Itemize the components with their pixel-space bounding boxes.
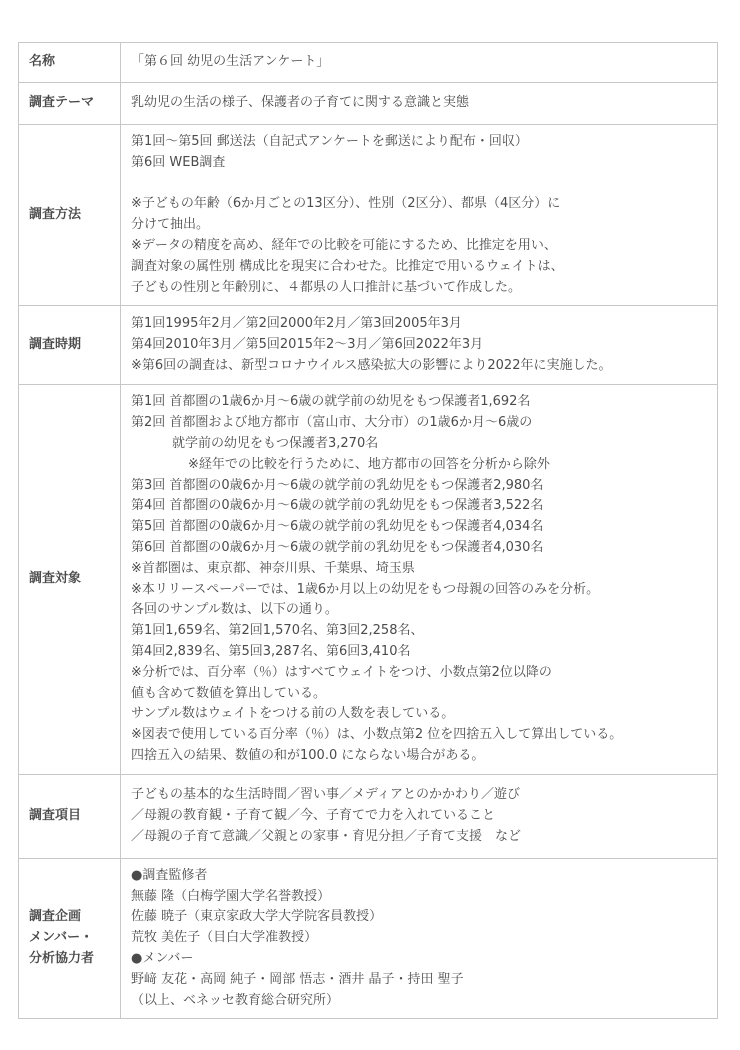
content-line: 第1回 首都圏の1歳6か月～6歳の就学前の幼児をもつ保護者1,692名 [131,392,707,413]
row-label: 調査方法 [19,125,121,306]
row-label-line: 調査企画 [29,907,110,928]
page: 名称「第６回 幼児の生活アンケート」調査テーマ乳幼児の生活の様子、保護者の子育て… [0,0,740,1050]
row-label: 調査テーマ [19,83,121,125]
content-line: ※子どもの年齢（6か月ごとの13区分）、性別（2区分）、都県（4区分）に [131,194,707,215]
row-label-line: 調査方法 [29,205,110,226]
content-line: 第6回 首都圏の0歳6か月～6歳の就学前の乳幼児をもつ保護者4,030名 [131,538,707,559]
content-line: 第1回1995年2月／第2回2000年2月／第3回2005年3月 [131,314,707,335]
table-row: 調査対象第1回 首都圏の1歳6か月～6歳の就学前の幼児をもつ保護者1,692名第… [19,385,718,774]
content-line: 佐藤 暁子（東京家政大学大学院客員教授） [131,907,707,928]
content-line: 乳幼児の生活の様子、保護者の子育てに関する意識と実態 [131,93,707,114]
content-line: 無藤 隆（白梅学園大学名誉教授） [131,887,707,908]
content-line: 第3回 首都圏の0歳6か月～6歳の就学前の乳幼児をもつ保護者2,980名 [131,476,707,497]
table-row: 調査企画メンバー・分析協力者●調査監修者無藤 隆（白梅学園大学名誉教授）佐藤 暁… [19,858,718,1019]
table-row: 調査時期第1回1995年2月／第2回2000年2月／第3回2005年3月第4回2… [19,306,718,385]
row-label-line: 名称 [29,52,110,73]
content-line: 第4回2,839名、第5回3,287名、第6回3,410名 [131,642,707,663]
content-line: ●調査監修者 [131,866,707,887]
content-line: サンプル数はウェイトをつける前の人数を表している。 [131,704,707,725]
content-line: ※分析では、百分率（％）はすべてウェイトをつけ、小数点第2位以降の [131,663,707,684]
row-label-line: 分析協力者 [29,949,110,970]
content-line: 荒牧 美佐子（目白大学准教授） [131,928,707,949]
survey-overview-table: 名称「第６回 幼児の生活アンケート」調査テーマ乳幼児の生活の様子、保護者の子育て… [18,42,718,1019]
row-content: 第1回～第5回 郵送法（自記式アンケートを郵送により配布・回収）第6回 WEB調… [121,125,718,306]
row-label-line: メンバー・ [29,928,110,949]
row-label: 調査時期 [19,306,121,385]
table-row: 調査項目子どもの基本的な生活時間／習い事／メディアとのかかわり／遊び／母親の教育… [19,774,718,858]
content-line: 第4回2010年3月／第5回2015年2～3月／第6回2022年3月 [131,335,707,356]
content-line: 分けて抽出。 [131,215,707,236]
table-row: 調査テーマ乳幼児の生活の様子、保護者の子育てに関する意識と実態 [19,83,718,125]
content-line: 第1回～第5回 郵送法（自記式アンケートを郵送により配布・回収） [131,132,707,153]
content-line: ※経年での比較を行うために、地方都市の回答を分析から除外 [131,455,707,476]
content-line: 就学前の幼児をもつ保護者3,270名 [131,434,707,455]
content-line: ※首都圏は、東京都、神奈川県、千葉県、埼玉県 [131,559,707,580]
content-line: ※第6回の調査は、新型コロナウイルス感染拡大の影響により2022年に実施した。 [131,356,707,377]
row-content: 「第６回 幼児の生活アンケート」 [121,43,718,83]
blank-line [131,174,707,195]
content-line: 「第６回 幼児の生活アンケート」 [131,52,707,73]
row-label-line: 調査時期 [29,335,110,356]
row-label: 名称 [19,43,121,83]
row-label-line: 調査対象 [29,569,110,590]
content-line: 第2回 首都圏および地方都市（富山市、大分市）の1歳6か月～6歳の [131,413,707,434]
table-row: 名称「第６回 幼児の生活アンケート」 [19,43,718,83]
content-line: 第4回 首都圏の0歳6か月～6歳の就学前の乳幼児をもつ保護者3,522名 [131,496,707,517]
content-line: ※図表で使用している百分率（％）は、小数点第2 位を四捨五入して算出している。 [131,725,707,746]
content-line: 第6回 WEB調査 [131,153,707,174]
row-label-line: 調査テーマ [29,93,110,114]
row-label-line: 調査項目 [29,806,110,827]
content-line: 子どもの性別と年齢別に、４都県の人口推計に基づいて作成した。 [131,278,707,299]
content-line: ※データの精度を高め、経年での比較を可能にするため、比推定を用い、 [131,236,707,257]
content-line: 子どもの基本的な生活時間／習い事／メディアとのかかわり／遊び [131,785,707,806]
content-line: 値も含めて数値を算出している。 [131,684,707,705]
row-content: 子どもの基本的な生活時間／習い事／メディアとのかかわり／遊び／母親の教育観・子育… [121,774,718,858]
content-line: ／母親の子育て意識／父親との家事・育児分担／子育て支援 など [131,827,707,848]
row-content: 乳幼児の生活の様子、保護者の子育てに関する意識と実態 [121,83,718,125]
row-content: 第1回1995年2月／第2回2000年2月／第3回2005年3月第4回2010年… [121,306,718,385]
row-label: 調査企画メンバー・分析協力者 [19,858,121,1019]
table-row: 調査方法第1回～第5回 郵送法（自記式アンケートを郵送により配布・回収）第6回 … [19,125,718,306]
content-line: 第5回 首都圏の0歳6か月～6歳の就学前の乳幼児をもつ保護者4,034名 [131,517,707,538]
content-line: ／母親の教育観・子育て観／今、子育てで力を入れていること [131,806,707,827]
content-line: （以上、ベネッセ教育総合研究所） [131,991,707,1012]
content-line: 調査対象の属性別 構成比を現実に合わせた。比推定で用いるウェイトは、 [131,257,707,278]
content-line: ●メンバー [131,949,707,970]
survey-overview-table-wrap: 名称「第６回 幼児の生活アンケート」調査テーマ乳幼児の生活の様子、保護者の子育て… [18,42,718,1019]
content-line: ※本リリースペーパーでは、1歳6か月以上の幼児をもつ母親の回答のみを分析。 [131,580,707,601]
table-body: 名称「第６回 幼児の生活アンケート」調査テーマ乳幼児の生活の様子、保護者の子育て… [19,43,718,1019]
content-line: 各回のサンプル数は、以下の通り。 [131,600,707,621]
row-content: ●調査監修者無藤 隆（白梅学園大学名誉教授）佐藤 暁子（東京家政大学大学院客員教… [121,858,718,1019]
row-content: 第1回 首都圏の1歳6か月～6歳の就学前の幼児をもつ保護者1,692名第2回 首… [121,385,718,774]
content-line: 第1回1,659名、第2回1,570名、第3回2,258名、 [131,621,707,642]
row-label: 調査項目 [19,774,121,858]
content-line: 四捨五入の結果、数値の和が100.0 にならない場合がある。 [131,746,707,767]
content-line: 野﨑 友花・高岡 純子・岡部 悟志・酒井 晶子・持田 聖子 [131,970,707,991]
row-label: 調査対象 [19,385,121,774]
